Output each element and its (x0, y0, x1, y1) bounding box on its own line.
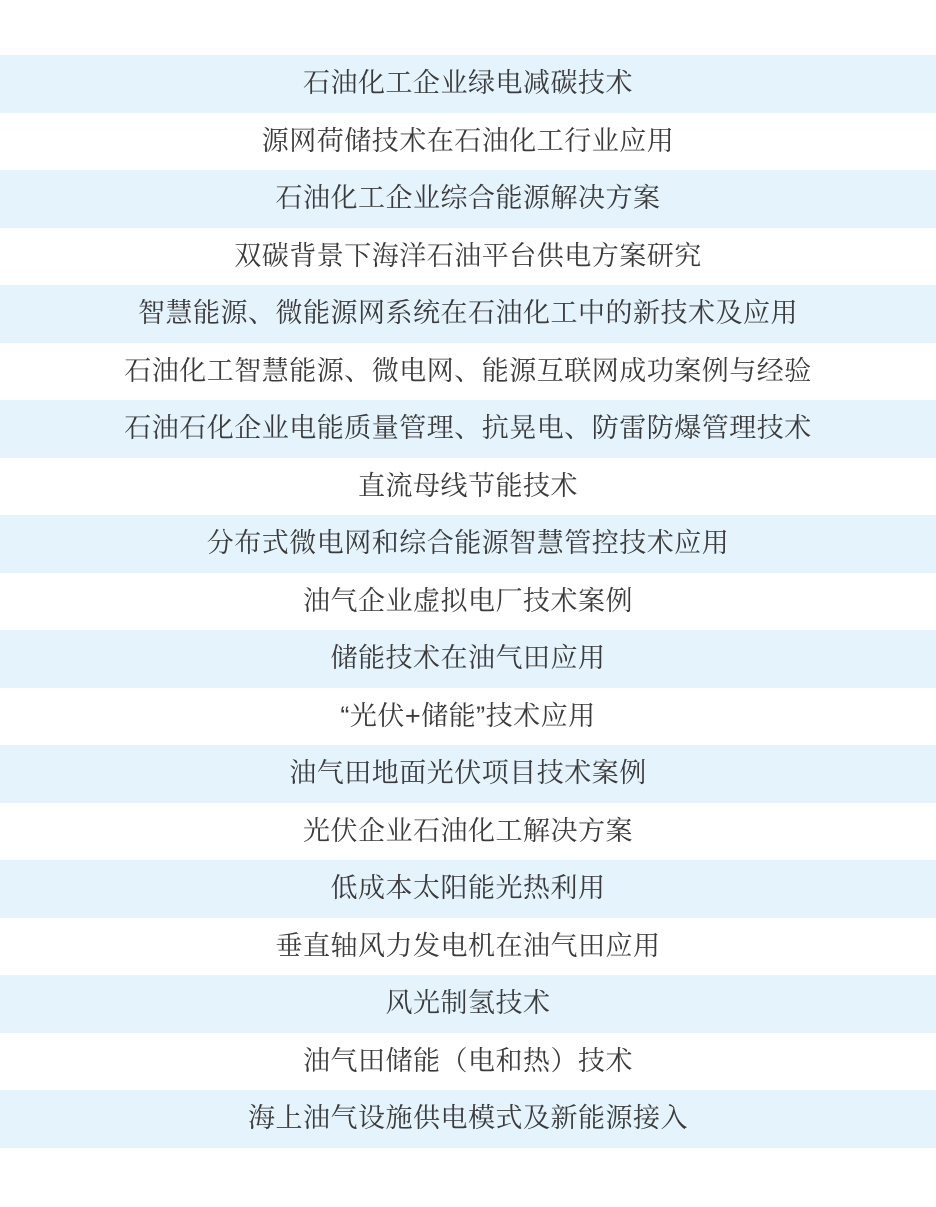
topic-label: 风光制氢技术 (386, 990, 551, 1017)
topic-list: 石油化工企业绿电减碳技术 源网荷储技术在石油化工行业应用 石油化工企业综合能源解… (0, 55, 936, 1148)
topic-label: 油气企业虚拟电厂技术案例 (303, 588, 633, 615)
topic-row: 石油石化企业电能质量管理、抗晃电、防雷防爆管理技术 (0, 400, 936, 458)
topic-label: 分布式微电网和综合能源智慧管控技术应用 (207, 530, 730, 557)
topic-row: 风光制氢技术 (0, 975, 936, 1033)
topic-row: 石油化工企业绿电减碳技术 (0, 55, 936, 113)
topic-label: 直流母线节能技术 (358, 473, 578, 500)
top-spacer (0, 0, 936, 55)
topic-row: “光伏+储能”技术应用 (0, 688, 936, 746)
topic-label: 光伏企业石油化工解决方案 (303, 818, 633, 845)
topic-label: 石油化工智慧能源、微电网、能源互联网成功案例与经验 (124, 358, 812, 385)
topic-row: 双碳背景下海洋石油平台供电方案研究 (0, 228, 936, 286)
topic-label: 储能技术在油气田应用 (331, 645, 606, 672)
topic-row: 低成本太阳能光热利用 (0, 860, 936, 918)
topic-row: 石油化工智慧能源、微电网、能源互联网成功案例与经验 (0, 343, 936, 401)
topic-row: 分布式微电网和综合能源智慧管控技术应用 (0, 515, 936, 573)
topic-row: 源网荷储技术在石油化工行业应用 (0, 113, 936, 171)
topic-label: 低成本太阳能光热利用 (331, 875, 606, 902)
topic-label: 石油化工企业综合能源解决方案 (276, 185, 661, 212)
topic-label: 智慧能源、微能源网系统在石油化工中的新技术及应用 (138, 300, 798, 327)
topic-row: 光伏企业石油化工解决方案 (0, 803, 936, 861)
topic-label: 石油化工企业绿电减碳技术 (303, 70, 633, 97)
topic-label: 垂直轴风力发电机在油气田应用 (276, 933, 661, 960)
topic-label: 双碳背景下海洋石油平台供电方案研究 (234, 243, 702, 270)
topic-row: 垂直轴风力发电机在油气田应用 (0, 918, 936, 976)
topic-label: “光伏+储能”技术应用 (340, 703, 595, 730)
topic-label: 源网荷储技术在石油化工行业应用 (262, 128, 675, 155)
topic-row: 储能技术在油气田应用 (0, 630, 936, 688)
topic-row: 智慧能源、微能源网系统在石油化工中的新技术及应用 (0, 285, 936, 343)
topic-label: 油气田储能（电和热）技术 (303, 1048, 633, 1075)
topic-row: 油气田储能（电和热）技术 (0, 1033, 936, 1091)
topic-row: 油气田地面光伏项目技术案例 (0, 745, 936, 803)
topic-row: 石油化工企业综合能源解决方案 (0, 170, 936, 228)
topic-label: 海上油气设施供电模式及新能源接入 (248, 1105, 688, 1132)
topic-row: 油气企业虚拟电厂技术案例 (0, 573, 936, 631)
page: 石油化工企业绿电减碳技术 源网荷储技术在石油化工行业应用 石油化工企业综合能源解… (0, 0, 936, 1207)
topic-row: 海上油气设施供电模式及新能源接入 (0, 1090, 936, 1148)
topic-row: 直流母线节能技术 (0, 458, 936, 516)
topic-label: 石油石化企业电能质量管理、抗晃电、防雷防爆管理技术 (124, 415, 812, 442)
topic-label: 油气田地面光伏项目技术案例 (289, 760, 647, 787)
